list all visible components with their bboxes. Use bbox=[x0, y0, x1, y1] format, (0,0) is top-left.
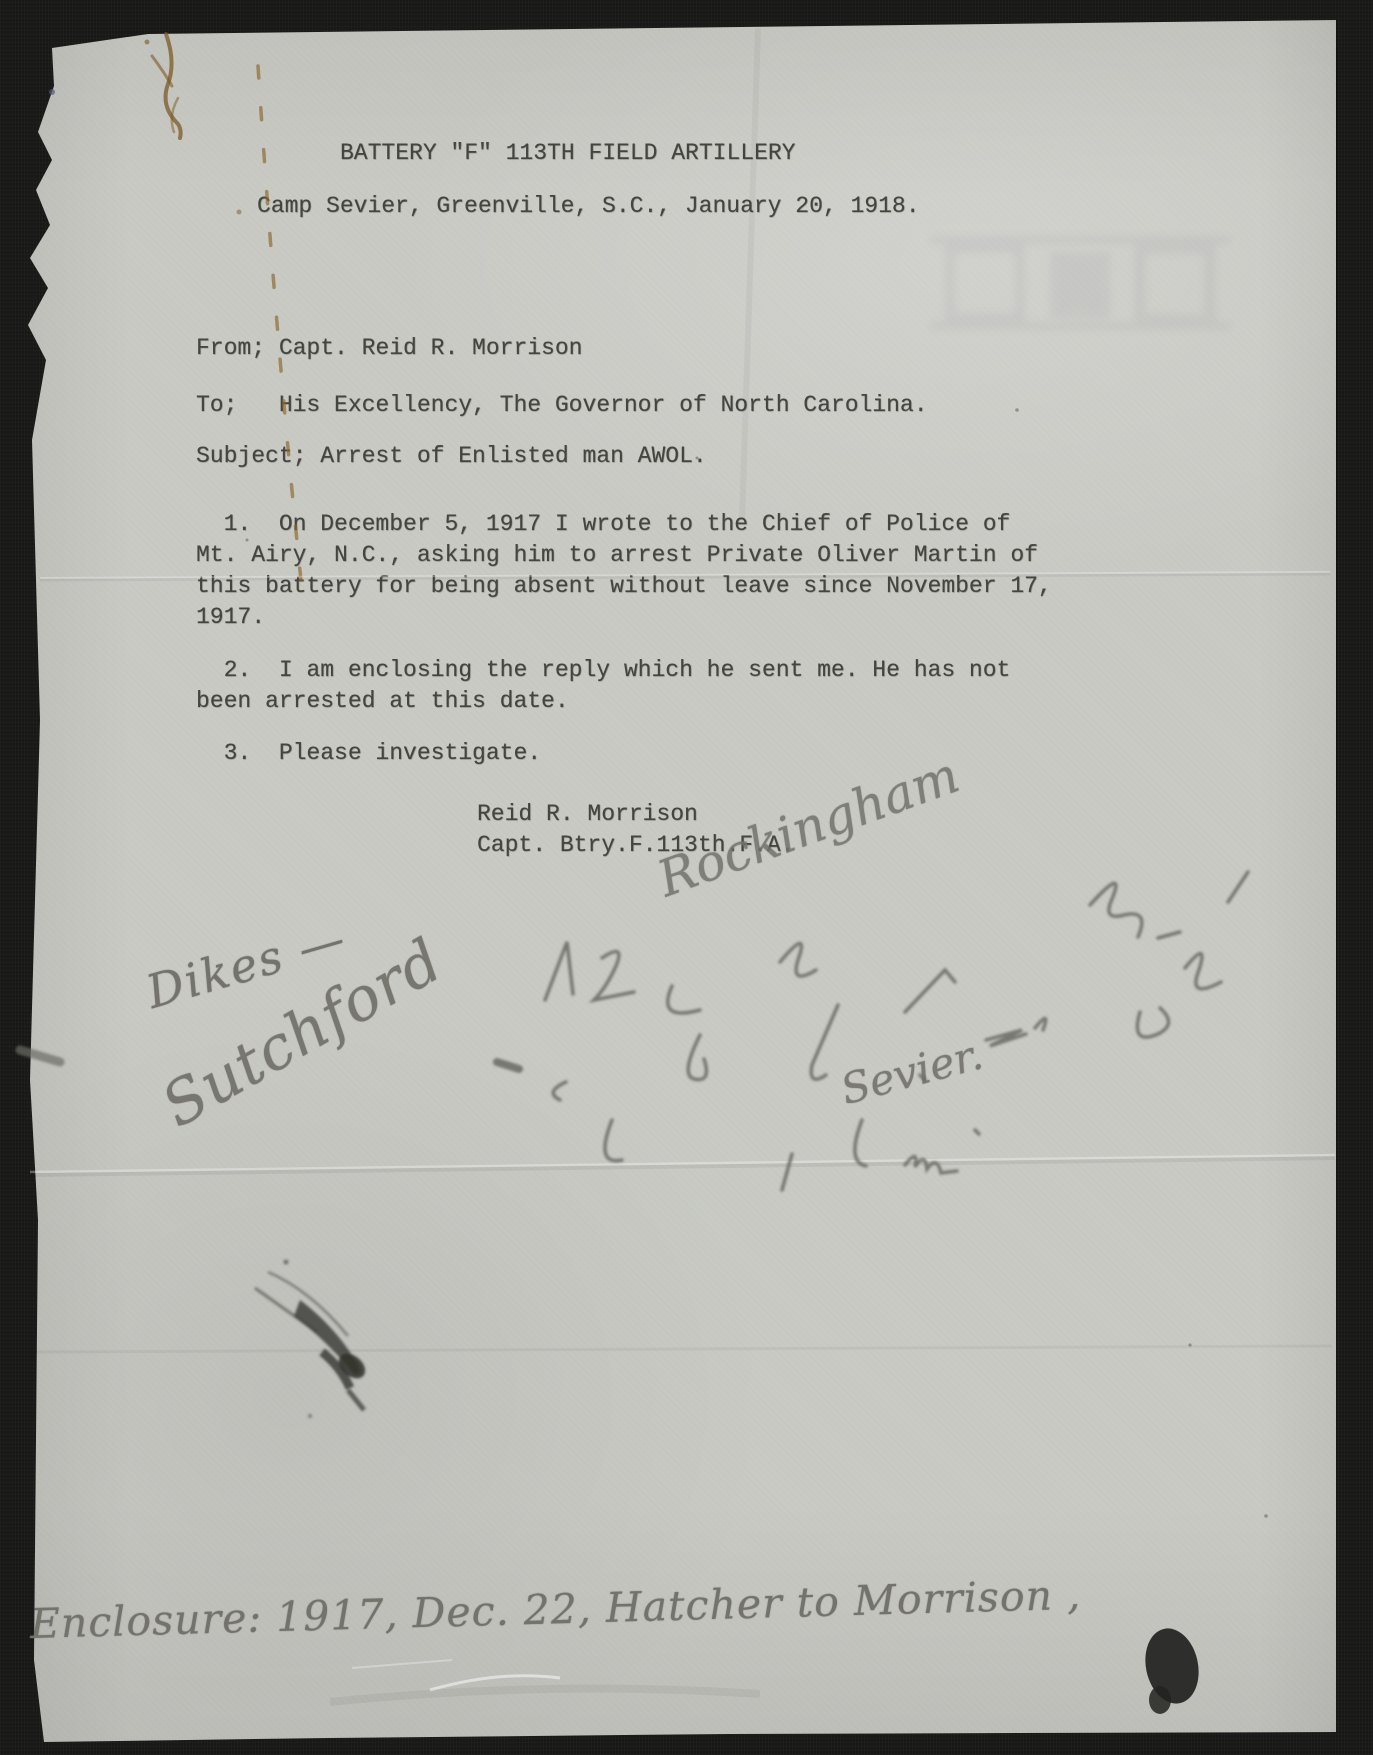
paragraph-3: 3. Please investigate. bbox=[196, 738, 541, 769]
letter-dateline: Camp Sevier, Greenville, S.C., January 2… bbox=[257, 191, 920, 222]
letter-heading: BATTERY "F" 113TH FIELD ARTILLERY bbox=[340, 138, 795, 169]
subject-line: Subject; Arrest of Enlisted man AWOL. bbox=[196, 441, 707, 472]
scanned-letter-scan: BATTERY "F" 113TH FIELD ARTILLERY Camp S… bbox=[0, 0, 1373, 1755]
from-line: From; Capt. Reid R. Morrison bbox=[196, 333, 582, 364]
paragraph-1: 1. On December 5, 1917 I wrote to the Ch… bbox=[196, 509, 1052, 633]
paragraph-2: 2. I am enclosing the reply which he sen… bbox=[196, 655, 1010, 717]
to-line: To; His Excellency, The Governor of Nort… bbox=[196, 390, 928, 421]
